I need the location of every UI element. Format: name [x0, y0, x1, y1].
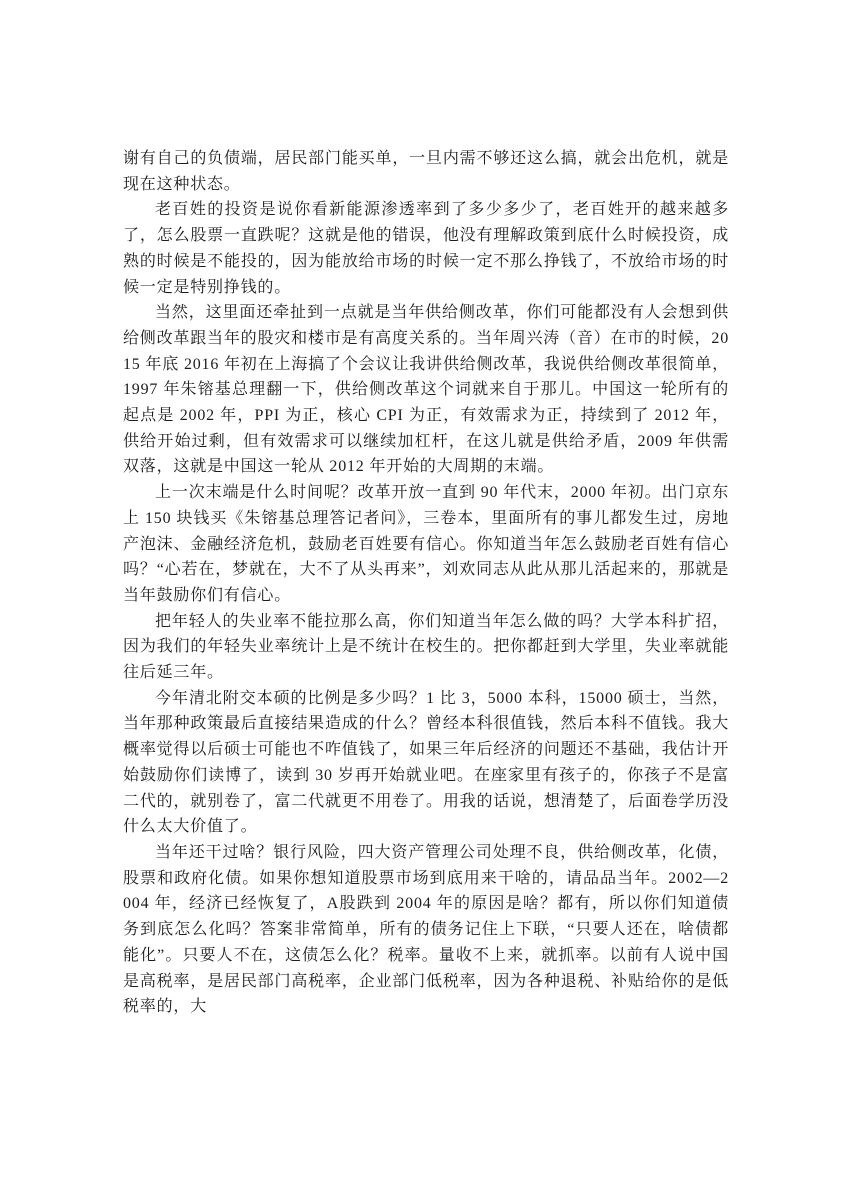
paragraph: 当然，这里面还牵扯到一点就是当年供给侧改革，你们可能都没有人会想到供给侧改革跟当…: [123, 300, 729, 480]
document-body: 谢有自己的负债端，居民部门能买单，一旦内需不够还这么搞，就会出危机，就是现在这种…: [123, 146, 729, 1020]
paragraph: 今年清北附交本硕的比例是多少吗？1 比 3，5000 本科，15000 硕士，当…: [123, 686, 729, 840]
paragraph: 上一次末端是什么时间呢？改革开放一直到 90 年代末，2000 年初。出门京东上…: [123, 480, 729, 609]
paragraph: 老百姓的投资是说你看新能源渗透率到了多少多少了，老百姓开的越来越多了，怎么股票一…: [123, 197, 729, 300]
document-page: 谢有自己的负债端，居民部门能买单，一旦内需不够还这么搞，就会出危机，就是现在这种…: [0, 0, 849, 1200]
paragraph: 把年轻人的失业率不能拉那么高，你们知道当年怎么做的吗？大学本科扩招，因为我们的年…: [123, 609, 729, 686]
paragraph: 当年还干过啥？银行风险，四大资产管理公司处理不良，供给侧改革，化债，股票和政府化…: [123, 840, 729, 1020]
paragraph: 谢有自己的负债端，居民部门能买单，一旦内需不够还这么搞，就会出危机，就是现在这种…: [123, 146, 729, 197]
